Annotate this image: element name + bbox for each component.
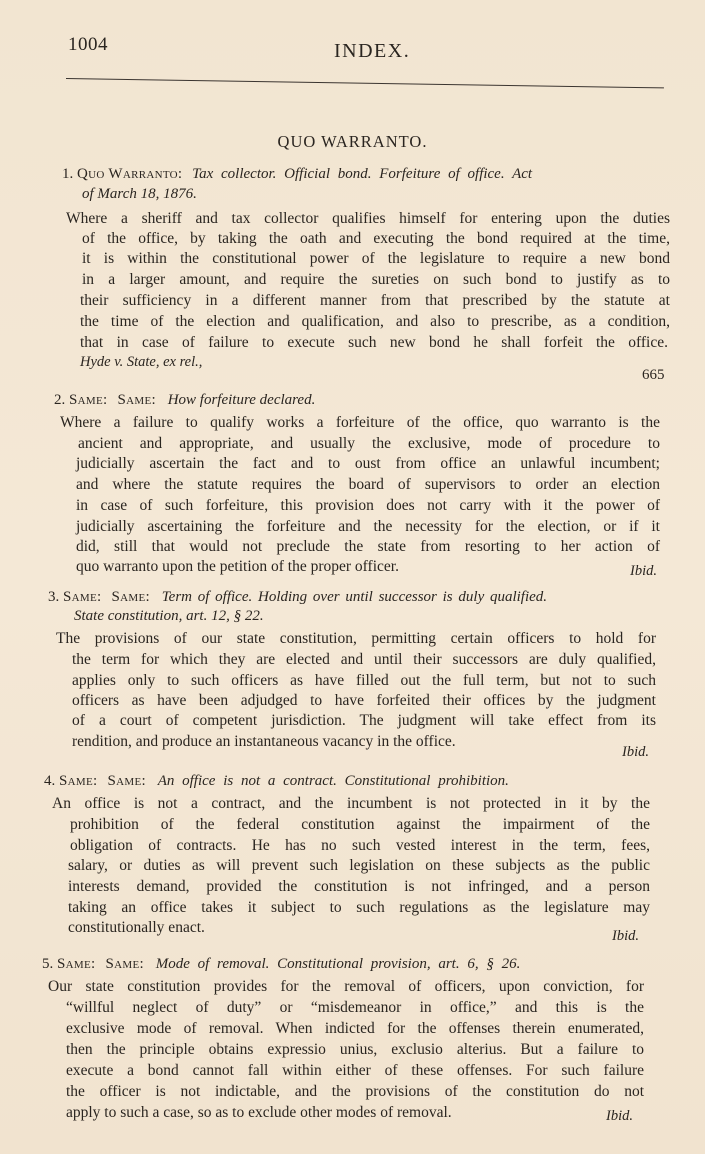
body-line: Where a sheriff and tax collector qualif… <box>66 210 670 228</box>
body-line: did, still that would not preclude the s… <box>76 538 660 556</box>
book-page: 1004 INDEX. QUO WARRANTO. 1. Quo Warrant… <box>0 0 705 1154</box>
body-line: and where the statute requires the board… <box>76 476 660 494</box>
entry-heading: 2. Same: Same: How forfeiture declared. <box>54 392 315 409</box>
body-line: judicially ascertaining the forfeiture a… <box>76 518 660 536</box>
entry-caption: Same: Same: <box>57 956 144 972</box>
body-line: officers as have been adjudged to have f… <box>72 692 656 710</box>
body-line: in case of such forfeiture, this provisi… <box>76 497 660 515</box>
section-title: QUO WARRANTO. <box>0 132 705 152</box>
body-line: quo warranto upon the petition of the pr… <box>76 558 399 576</box>
entry-heading: 3. Same: Same: Term of office. Holding o… <box>48 589 547 606</box>
body-line: their sufficiency in a different manner … <box>80 292 670 310</box>
citation: Ibid. <box>612 928 639 945</box>
running-head: INDEX. <box>334 40 410 63</box>
entry-caption: Quo Warranto: <box>77 166 182 182</box>
body-line: interests demand, provided the constitut… <box>68 878 650 896</box>
entry-topic: An office is not a contract. Constitutio… <box>158 773 509 789</box>
body-line: “willful neglect of duty” or “misdemeano… <box>66 999 644 1017</box>
entry-heading: 4. Same: Same: An office is not a contra… <box>44 773 509 790</box>
entry-heading: 1. Quo Warranto: Tax collector. Official… <box>62 166 532 183</box>
entry-topic-cont: of March 18, 1876. <box>82 186 197 203</box>
body-line: then the principle obtains expressio uni… <box>66 1041 644 1059</box>
body-line: it is within the constitutional power of… <box>82 250 670 268</box>
body-line: the time of the election and qualificati… <box>80 313 670 331</box>
entry-number: 5. <box>42 956 53 972</box>
body-line: apply to such a case, so as to exclude o… <box>66 1104 452 1122</box>
body-line: execute a bond cannot fall within either… <box>66 1062 644 1080</box>
body-line: Where a failure to qualify works a forfe… <box>60 414 660 432</box>
entry-topic: How forfeiture declared. <box>168 392 316 408</box>
entry-number: 3. <box>48 589 59 605</box>
body-line: salary, or duties as will prevent such l… <box>68 857 650 875</box>
body-line: judicially ascertain the fact and to ous… <box>76 455 660 473</box>
citation: Hyde v. State, ex rel., <box>80 354 202 371</box>
citation: Ibid. <box>630 563 657 580</box>
body-line: obligation of contracts. He has no such … <box>70 837 650 855</box>
entry-caption: Same: Same: <box>69 392 156 408</box>
body-line: rendition, and produce an instantaneous … <box>72 733 456 751</box>
body-line: exclusive mode of removal. When indicted… <box>66 1020 644 1038</box>
body-line: that in case of failure to execute such … <box>80 334 668 352</box>
body-line: prohibition of the federal constitution … <box>70 816 650 834</box>
entry-number: 2. <box>54 392 65 408</box>
body-line: An office is not a contract, and the inc… <box>52 795 650 813</box>
entry-topic: Term of office. Holding over until succe… <box>162 589 547 605</box>
entry-topic-cont: State constitution, art. 12, § 22. <box>74 608 264 625</box>
body-line: of a court of competent jurisdiction. Th… <box>72 712 656 730</box>
citation: Ibid. <box>606 1108 633 1125</box>
body-line: applies only to such officers as have fi… <box>72 672 656 690</box>
entry-number: 4. <box>44 773 55 789</box>
body-line: The provisions of our state constitution… <box>56 630 656 648</box>
header-rule <box>66 78 664 88</box>
page-reference: 665 <box>642 367 665 384</box>
entry-number: 1. <box>62 166 73 182</box>
entry-caption: Same: Same: <box>63 589 150 605</box>
body-line: Our state constitution provides for the … <box>48 978 644 996</box>
entry-topic: Mode of removal. Constitutional provisio… <box>156 956 521 972</box>
body-line: in a larger amount, and require the sure… <box>82 271 670 289</box>
body-line: constitutionally enact. <box>68 919 205 937</box>
entry-topic: Tax collector. Official bond. Forfeiture… <box>192 166 532 182</box>
body-line: of the office, by taking the oath and ex… <box>82 230 670 248</box>
body-line: ancient and appropriate, and usually the… <box>78 435 660 453</box>
citation: Ibid. <box>622 744 649 761</box>
page-number: 1004 <box>68 34 108 56</box>
body-line: the officer is not indictable, and the p… <box>66 1083 644 1101</box>
entry-heading: 5. Same: Same: Mode of removal. Constitu… <box>42 956 520 973</box>
body-line: the term for which they are elected and … <box>72 651 656 669</box>
body-line: taking an office takes it subject to suc… <box>68 899 650 917</box>
entry-caption: Same: Same: <box>59 773 146 789</box>
